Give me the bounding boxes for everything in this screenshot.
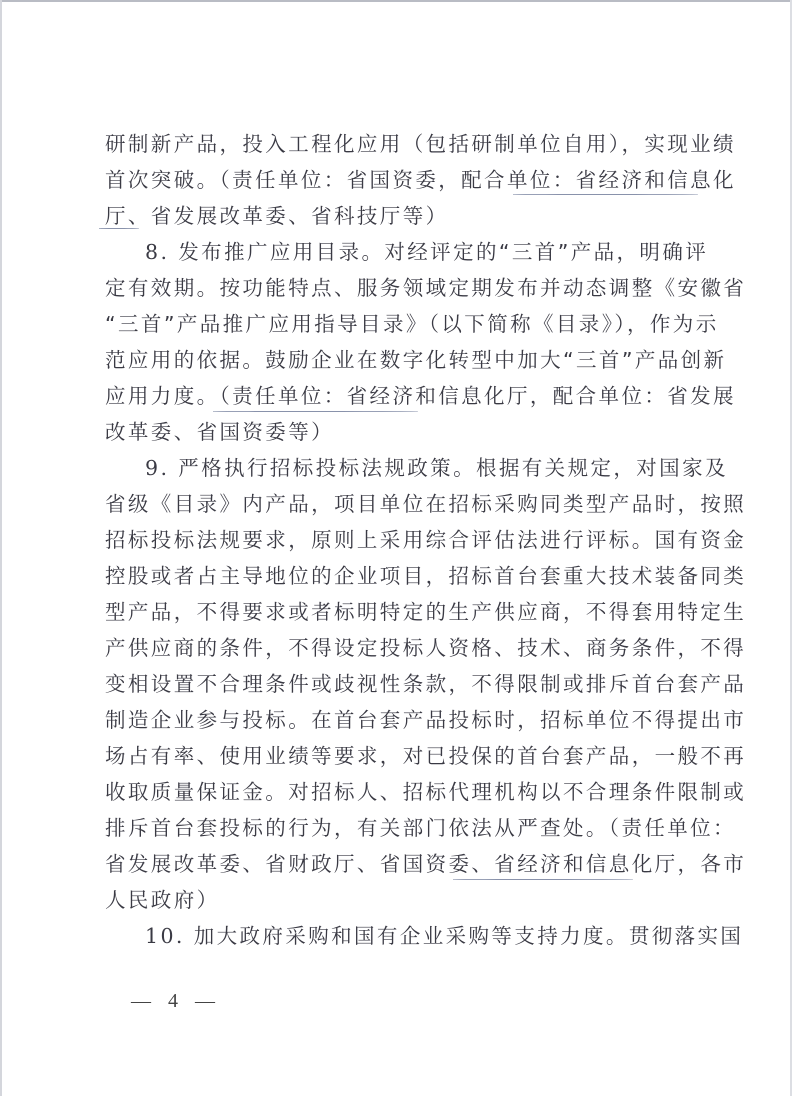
handwritten-underline: [513, 194, 698, 195]
text-line: 收取质量保证金。对招标人、招标代理机构以不合理条件限制或: [105, 774, 695, 810]
line-text: 场占有率、使用业绩等要求，对已投保的首台套产品，一般不再: [105, 744, 746, 768]
line-text: 收取质量保证金。对招标人、招标代理机构以不合理条件限制或: [105, 780, 746, 804]
section-heading-9: 9. 严格执行招标投标法规政策。根据有关规定，对国家及: [105, 450, 695, 486]
line-text: 应用力度。（责任单位：省经济和信息化厅，配合单位：省发展: [105, 384, 736, 408]
text-line: 产供应商的条件，不得设定投标人资格、技术、商务条件，不得: [105, 630, 695, 666]
line-text: 范应用的依据。鼓励企业在数字化转型中加大“三首”产品创新: [105, 348, 726, 372]
text-line: 改革委、省国资委等）: [105, 414, 695, 450]
line-text: 变相设置不合理条件或歧视性条款，不得限制或排斥首台套产品: [105, 672, 746, 696]
text-line: 范应用的依据。鼓励企业在数字化转型中加大“三首”产品创新: [105, 342, 695, 378]
line-text: “三首”产品推广应用指导目录》（以下简称《目录》），作为示: [105, 312, 719, 336]
text-line: 人民政府）: [105, 882, 695, 918]
line-text: 对经评定的“三首”产品，明确评: [384, 240, 708, 264]
handwritten-underline: [99, 228, 139, 229]
text-line: 省发展改革委、省财政厅、省国资委、省经济和信息化厅，各市: [105, 846, 695, 882]
line-text: 改革委、省国资委等）: [105, 420, 334, 444]
line-text: 定有效期。按功能特点、服务领域定期发布并动态调整《安徽省: [105, 276, 746, 300]
text-line: 制造企业参与投标。在首台套产品投标时，招标单位不得提出市: [105, 702, 695, 738]
line-text: 控股或者占主导地位的企业项目，招标首台套重大技术装备同类: [105, 564, 746, 588]
line-text: 制造企业参与投标。在首台套产品投标时，招标单位不得提出市: [105, 708, 746, 732]
line-text: 首次突破。（责任单位：省国资委，配合单位：省经济和信息化: [105, 168, 736, 192]
line-text: 贯彻落实国: [629, 924, 744, 948]
section-heading-8: 8. 发布推广应用目录。对经评定的“三首”产品，明确评: [105, 234, 695, 270]
text-line: 研制新产品，投入工程化应用（包括研制单位自用），实现业绩: [105, 126, 695, 162]
line-text: 省级《目录》内产品，项目单位在招标采购同类型产品时，按照: [105, 492, 746, 516]
text-line: 省级《目录》内产品，项目单位在招标采购同类型产品时，按照: [105, 486, 695, 522]
text-line: 控股或者占主导地位的企业项目，招标首台套重大技术装备同类: [105, 558, 695, 594]
text-line: 型产品，不得要求或者标明特定的生产供应商，不得套用特定生: [105, 594, 695, 630]
line-text: 招标投标法规要求，原则上采用综合评估法进行评标。国有资金: [105, 528, 746, 552]
text-line: 首次突破。（责任单位：省国资委，配合单位：省经济和信息化: [105, 162, 695, 198]
line-text: 人民政府）: [105, 888, 220, 912]
handwritten-underline: [213, 411, 418, 412]
page-number: — 4 —: [131, 990, 221, 1013]
heading-text: 10. 加大政府采购和国有企业采购等支持力度。: [145, 924, 629, 948]
text-line: 排斥首台套投标的行为，有关部门依法从严查处。（责任单位：: [105, 810, 695, 846]
text-line: 变相设置不合理条件或歧视性条款，不得限制或排斥首台套产品: [105, 666, 695, 702]
text-line: 定有效期。按功能特点、服务领域定期发布并动态调整《安徽省: [105, 270, 695, 306]
section-heading-10: 10. 加大政府采购和国有企业采购等支持力度。贯彻落实国: [105, 918, 695, 954]
text-line: “三首”产品推广应用指导目录》（以下简称《目录》），作为示: [105, 306, 695, 342]
scan-edge: [0, 0, 2, 1096]
line-text: 研制新产品，投入工程化应用（包括研制单位自用），实现业绩: [105, 132, 736, 156]
heading-text: 8. 发布推广应用目录。: [145, 240, 384, 264]
document-body: 研制新产品，投入工程化应用（包括研制单位自用），实现业绩 首次突破。（责任单位：…: [105, 126, 695, 954]
heading-text: 9. 严格执行招标投标法规政策。: [145, 456, 476, 480]
handwritten-underline: [453, 879, 633, 880]
text-line: 招标投标法规要求，原则上采用综合评估法进行评标。国有资金: [105, 522, 695, 558]
line-text: 省发展改革委、省财政厅、省国资委、省经济和信息化厅，各市: [105, 852, 746, 876]
text-line: 场占有率、使用业绩等要求，对已投保的首台套产品，一般不再: [105, 738, 695, 774]
text-line: 厅、省发展改革委、省科技厅等）: [105, 198, 695, 234]
line-text: 排斥首台套投标的行为，有关部门依法从严查处。（责任单位：: [105, 816, 736, 840]
line-text: 厅、省发展改革委、省科技厅等）: [105, 204, 449, 228]
line-text: 根据有关规定，对国家及: [476, 456, 728, 480]
line-text: 产供应商的条件，不得设定投标人资格、技术、商务条件，不得: [105, 636, 746, 660]
scan-edge: [0, 0, 792, 2]
text-line: 应用力度。（责任单位：省经济和信息化厅，配合单位：省发展: [105, 378, 695, 414]
line-text: 型产品，不得要求或者标明特定的生产供应商，不得套用特定生: [105, 600, 746, 624]
